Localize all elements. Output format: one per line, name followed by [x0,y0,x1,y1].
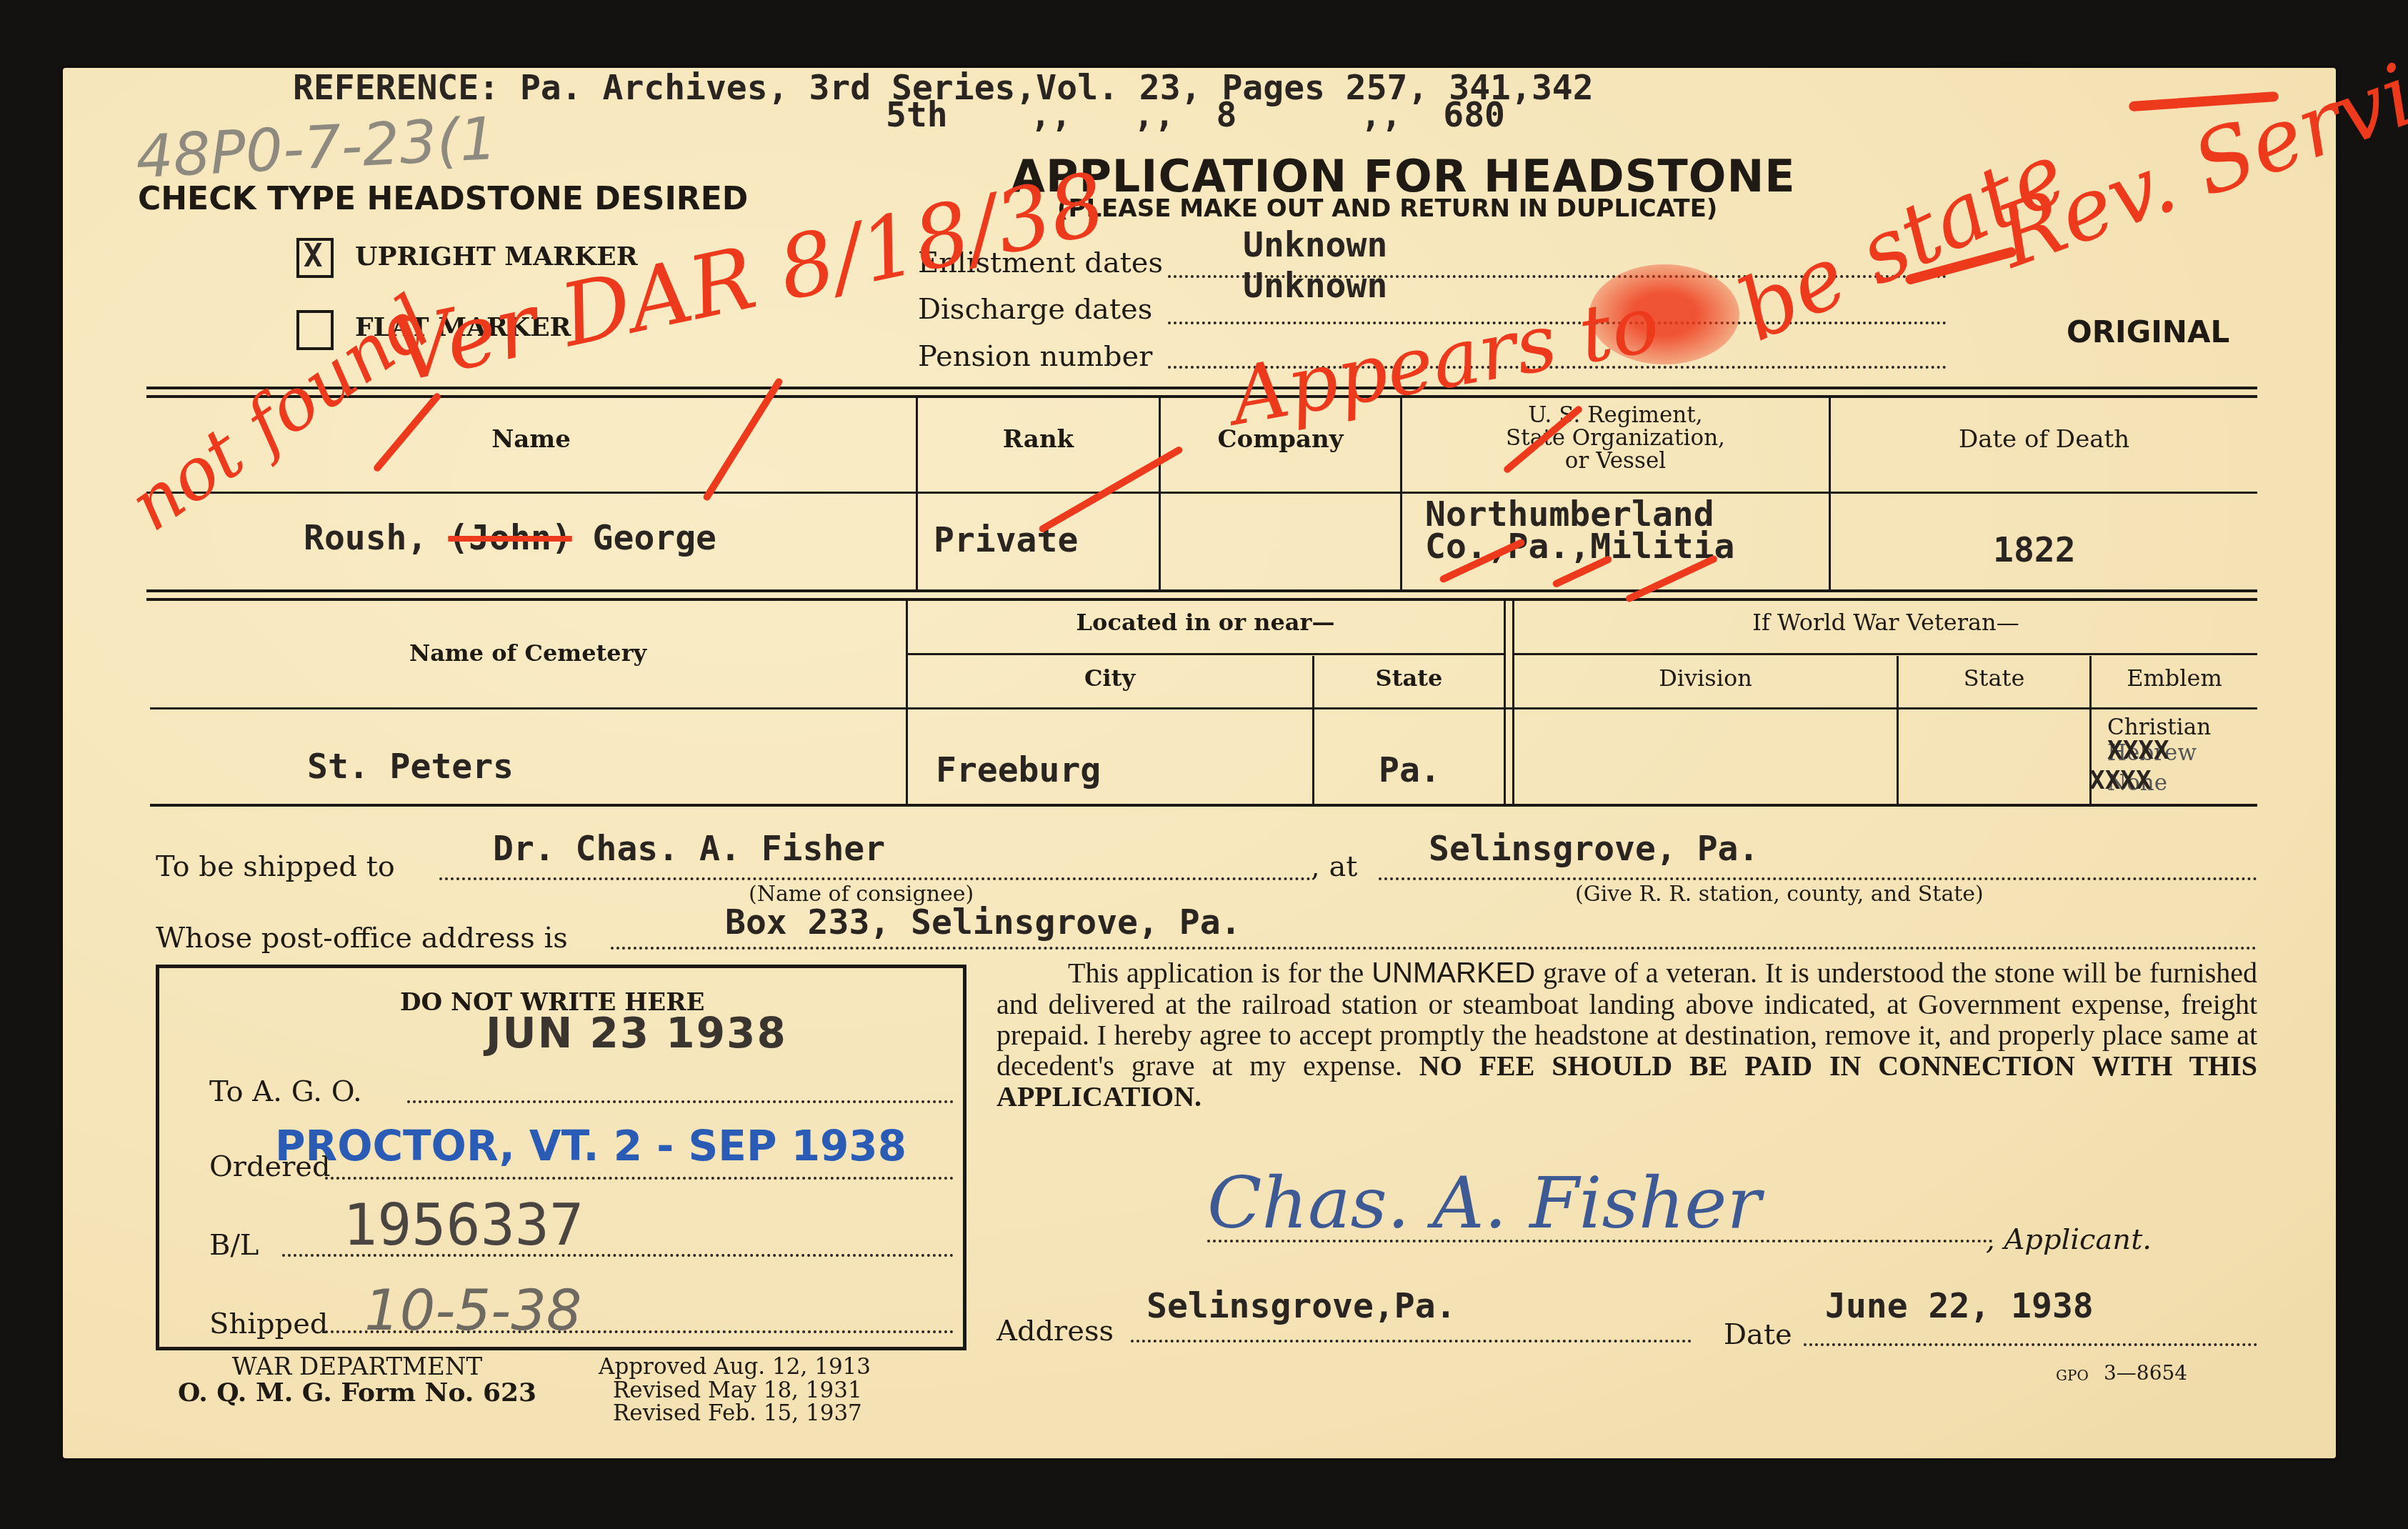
po-address-line [611,947,2257,950]
reference-line-2: 5th ,, ,, 8 ,, 680 [886,95,1505,135]
headstone-type-heading: CHECK TYPE HEADSTONE DESIRED [138,181,748,217]
gpo-number: 3—8654 [2104,1361,2187,1385]
po-address-label: Whose post-office address is [156,922,568,955]
header-cemetery: Name of Cemetery [150,639,906,667]
revised-date-1: Revised May 18, 1931 [613,1378,862,1403]
header-located: Located in or near— [907,609,1504,636]
shipped-to-label: To be shipped to [156,850,395,883]
consignee-line [439,877,1311,880]
discharge-value[interactable]: Unknown [1243,266,1387,306]
agreement-text: This application is for the [1068,957,1372,989]
cemetery-header-rule [150,707,2257,709]
bl-number-stamp: 1956337 [343,1192,584,1258]
shipped-label: Shipped [209,1308,328,1340]
given-name: George [593,518,716,558]
address-line [1131,1340,1692,1343]
agreement-paragraph: This application is for the UNMARKED gra… [996,957,2257,1112]
station-value[interactable]: Selinsgrove, Pa. [1429,829,1759,869]
applicant-signature: Chas. A. Fisher [1207,1161,1761,1245]
struck-given-name: (John) [448,518,571,558]
surname: Roush, [304,518,427,558]
address-label: Address [996,1315,1114,1348]
form-subtitle: (PLEASE MAKE OUT AND RETURN IN DUPLICATE… [1057,194,1717,223]
discharge-label: Discharge dates [918,293,1152,326]
header-regiment: U. S. Regiment, State Organization, or V… [1402,404,1829,472]
ago-line [407,1100,954,1103]
shipped-date: 10-5-38 [364,1279,581,1343]
city-value[interactable]: Freeburg [936,750,1101,790]
soldier-name[interactable]: Roush, (John) George [304,518,716,558]
checkbox-x-mark: X [304,238,323,274]
gpo-mark: GPO [2056,1367,2089,1384]
emblem-hebrew-strike: XXXX [2107,736,2169,765]
date-of-death-value[interactable]: 1822 [1993,530,2076,570]
cemetery-bottom-rule [150,804,2257,807]
station-line [1379,877,2257,880]
ordered-line [325,1177,954,1180]
ordered-stamp: PROCTOR, VT. 2 - SEP 1938 [275,1122,906,1170]
header-ww-state: State [1899,664,2089,692]
ago-label: To A. G. O. [209,1075,362,1108]
war-department-label: WAR DEPARTMENT [150,1353,564,1381]
table-bottom-rule [146,589,2257,592]
pension-label: Pension number [918,340,1152,373]
received-date-stamp: JUN 23 1938 [486,1009,787,1057]
station-caption: (Give R. R. station, county, and State) [1575,882,1984,907]
cemetery-value[interactable]: St. Peters [307,747,514,787]
applicant-label: , Applicant. [1986,1223,2152,1256]
header-rule [146,492,2257,494]
state-value[interactable]: Pa. [1379,750,1441,790]
upright-marker-checkbox[interactable]: X [296,238,334,278]
rank-value[interactable]: Private [934,520,1078,560]
revised-date-2: Revised Feb. 15, 1937 [613,1400,862,1426]
header-date-of-death: Date of Death [1831,425,2257,454]
header-city: City [907,664,1312,692]
address-value[interactable]: Selinsgrove,Pa. [1146,1286,1456,1326]
approved-date: Approved Aug. 12, 1913 [599,1354,871,1380]
red-scribble-blot [1589,264,1739,364]
date-line [1804,1343,2257,1346]
ww-rule [1514,653,2257,655]
regiment-line-2[interactable]: Co.,Pa.,Militia [1425,527,1734,567]
table-top-rule-2 [146,395,2257,398]
table-bottom-rule-2 [146,598,2257,601]
header-state: State [1314,664,1504,692]
unmarked-emphasis: UNMARKED [1372,957,1535,989]
header-division: Division [1514,664,1897,692]
date-value[interactable]: June 22, 1938 [1825,1286,2094,1326]
consignee-value[interactable]: Dr. Chas. A. Fisher [493,829,885,869]
header-rank: Rank [918,425,1159,454]
form-number: O. Q. M. G. Form No. 623 [150,1378,564,1408]
header-emblem: Emblem [2092,664,2257,692]
bl-label: B/L [209,1229,259,1262]
po-address-value[interactable]: Box 233, Selinsgrove, Pa. [725,902,1241,942]
enlistment-value[interactable]: Unknown [1243,225,1387,265]
date-label: Date [1724,1318,1792,1351]
copy-label: ORIGINAL [2067,314,2229,349]
col-divider [1504,600,1506,804]
signature-line [1207,1240,1993,1242]
located-rule [907,653,1504,655]
emblem-none-strike: XXXX [2089,766,2152,795]
header-ww-veteran: If World War Veteran— [1514,609,2257,636]
at-label: , at [1311,850,1357,883]
